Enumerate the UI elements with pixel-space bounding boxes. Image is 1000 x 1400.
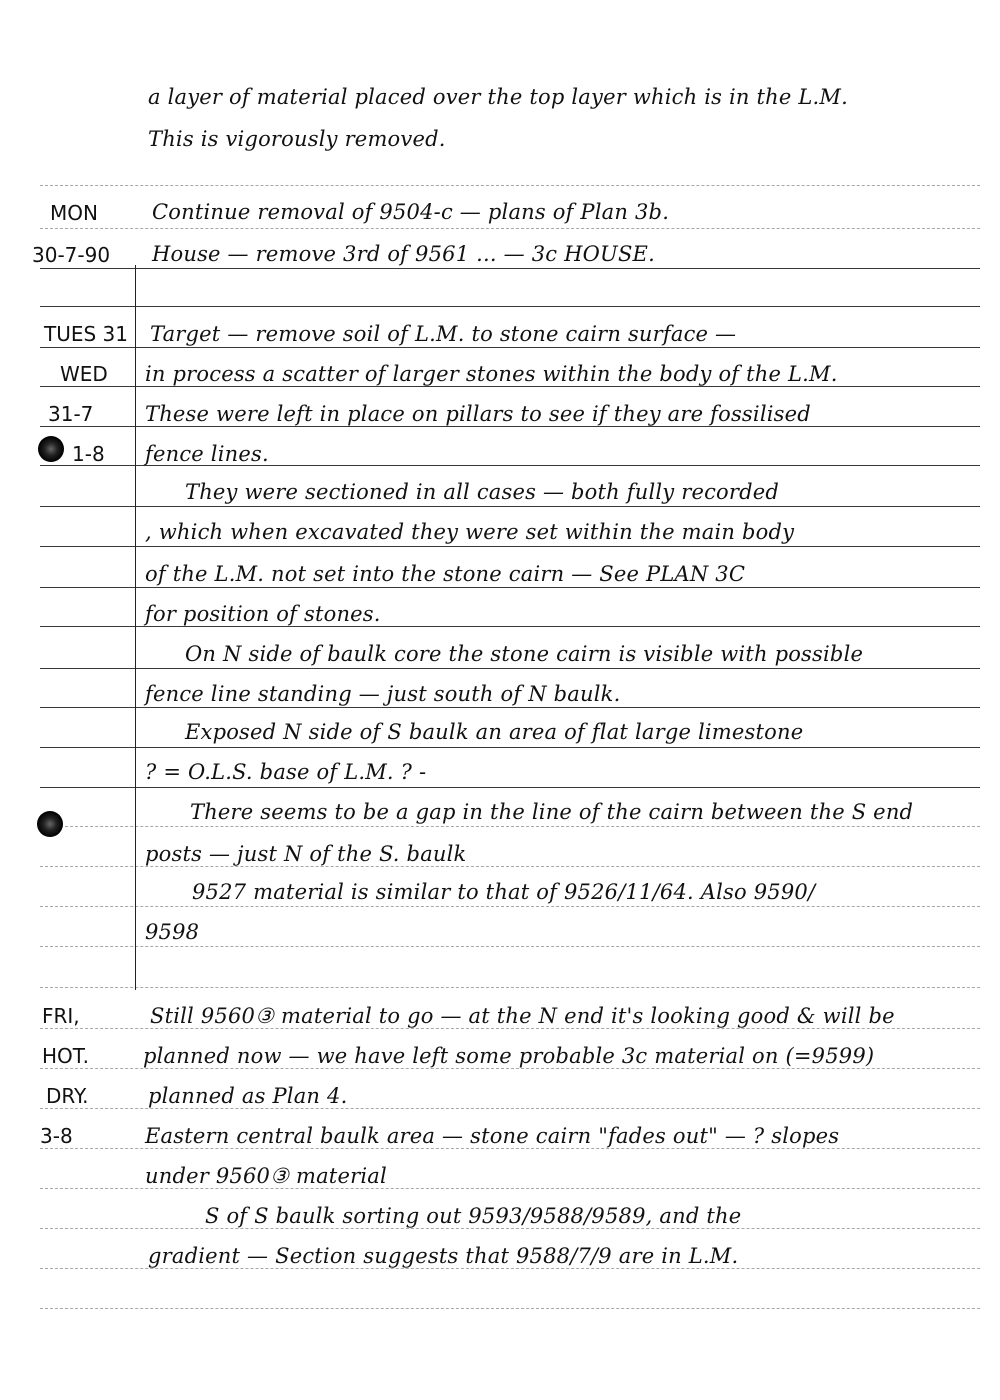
ruled-line [40, 268, 980, 269]
ruled-line [40, 668, 980, 669]
ruled-line [40, 1228, 980, 1229]
day-label: FRI, [42, 1004, 80, 1028]
ruled-line [40, 866, 980, 867]
ruled-line [40, 506, 980, 507]
ruled-line [40, 386, 980, 387]
ruled-line [40, 626, 980, 627]
ruled-line [40, 1188, 980, 1189]
text-line: 9598 [145, 920, 199, 944]
text-line: House — remove 3rd of 9561 ... — 3c HOUS… [152, 242, 655, 266]
text-line: 9527 material is similar to that of 9526… [192, 880, 815, 904]
ruled-line [40, 747, 980, 748]
text-line: Still 9560③ material to go — at the N en… [150, 1004, 895, 1028]
text-line: Eastern central baulk area — stone cairn… [145, 1124, 839, 1148]
ruled-line [40, 1268, 980, 1269]
text-line: posts — just N of the S. baulk [145, 842, 466, 866]
text-line: , which when excavated they were set wit… [145, 520, 794, 544]
text-line: gradient — Section suggests that 9588/7/… [148, 1244, 738, 1268]
ruled-line [40, 1068, 980, 1069]
text-line: Continue removal of 9504-c — plans of Pl… [152, 200, 669, 224]
hole-punch-mark [38, 436, 64, 462]
text-line: Target — remove soil of L.M. to stone ca… [150, 322, 736, 346]
ruled-line [40, 306, 980, 307]
margin-line [135, 265, 136, 990]
ruled-line [40, 787, 980, 788]
date-label: 30-7-90 [32, 243, 110, 267]
ruled-line [40, 707, 980, 708]
day-label: WED [60, 362, 108, 386]
text-line: planned as Plan 4. [148, 1084, 347, 1108]
ruled-line [40, 426, 980, 427]
text-line: Exposed N side of S baulk an area of fla… [185, 720, 803, 744]
ruled-line [40, 1028, 980, 1029]
text-line: ? = O.L.S. base of L.M. ? - [145, 760, 426, 784]
text-line: under 9560③ material [145, 1164, 387, 1188]
ruled-line [40, 185, 980, 186]
text-line: This is vigorously removed. [148, 127, 446, 151]
text-line: fence lines. [145, 442, 269, 466]
ruled-line [40, 347, 980, 348]
weather-label: HOT. [42, 1044, 89, 1068]
ruled-line [40, 587, 980, 588]
text-line: On N side of baulk core the stone cairn … [185, 642, 863, 666]
text-line: S of S baulk sorting out 9593/9588/9589,… [205, 1204, 741, 1228]
ruled-line [40, 946, 980, 947]
ruled-line [40, 1108, 980, 1109]
ruled-line [40, 1148, 980, 1149]
notebook-page: a layer of material placed over the top … [0, 0, 1000, 1400]
text-line: of the L.M. not set into the stone cairn… [145, 562, 745, 586]
ruled-line [40, 987, 980, 988]
ruled-line [40, 906, 980, 907]
text-line: planned now — we have left some probable… [143, 1044, 874, 1068]
ruled-line [40, 228, 980, 229]
day-label: TUES 31 [44, 322, 128, 346]
text-line: for position of stones. [145, 602, 381, 626]
text-line: They were sectioned in all cases — both … [185, 480, 779, 504]
text-line: a layer of material placed over the top … [148, 85, 848, 109]
text-line: in process a scatter of larger stones wi… [145, 362, 838, 386]
day-label: MON [50, 201, 98, 225]
text-line: There seems to be a gap in the line of t… [190, 800, 913, 824]
hole-punch-mark [37, 811, 63, 837]
date-label: 3-8 [40, 1124, 73, 1148]
ruled-line [40, 546, 980, 547]
date-label: 1-8 [72, 442, 105, 466]
ruled-line [40, 826, 980, 827]
weather-label: DRY. [46, 1084, 89, 1108]
text-line: These were left in place on pillars to s… [145, 402, 811, 426]
ruled-line [40, 1308, 980, 1309]
text-line: fence line standing — just south of N ba… [145, 682, 620, 706]
date-label: 31-7 [48, 402, 93, 426]
